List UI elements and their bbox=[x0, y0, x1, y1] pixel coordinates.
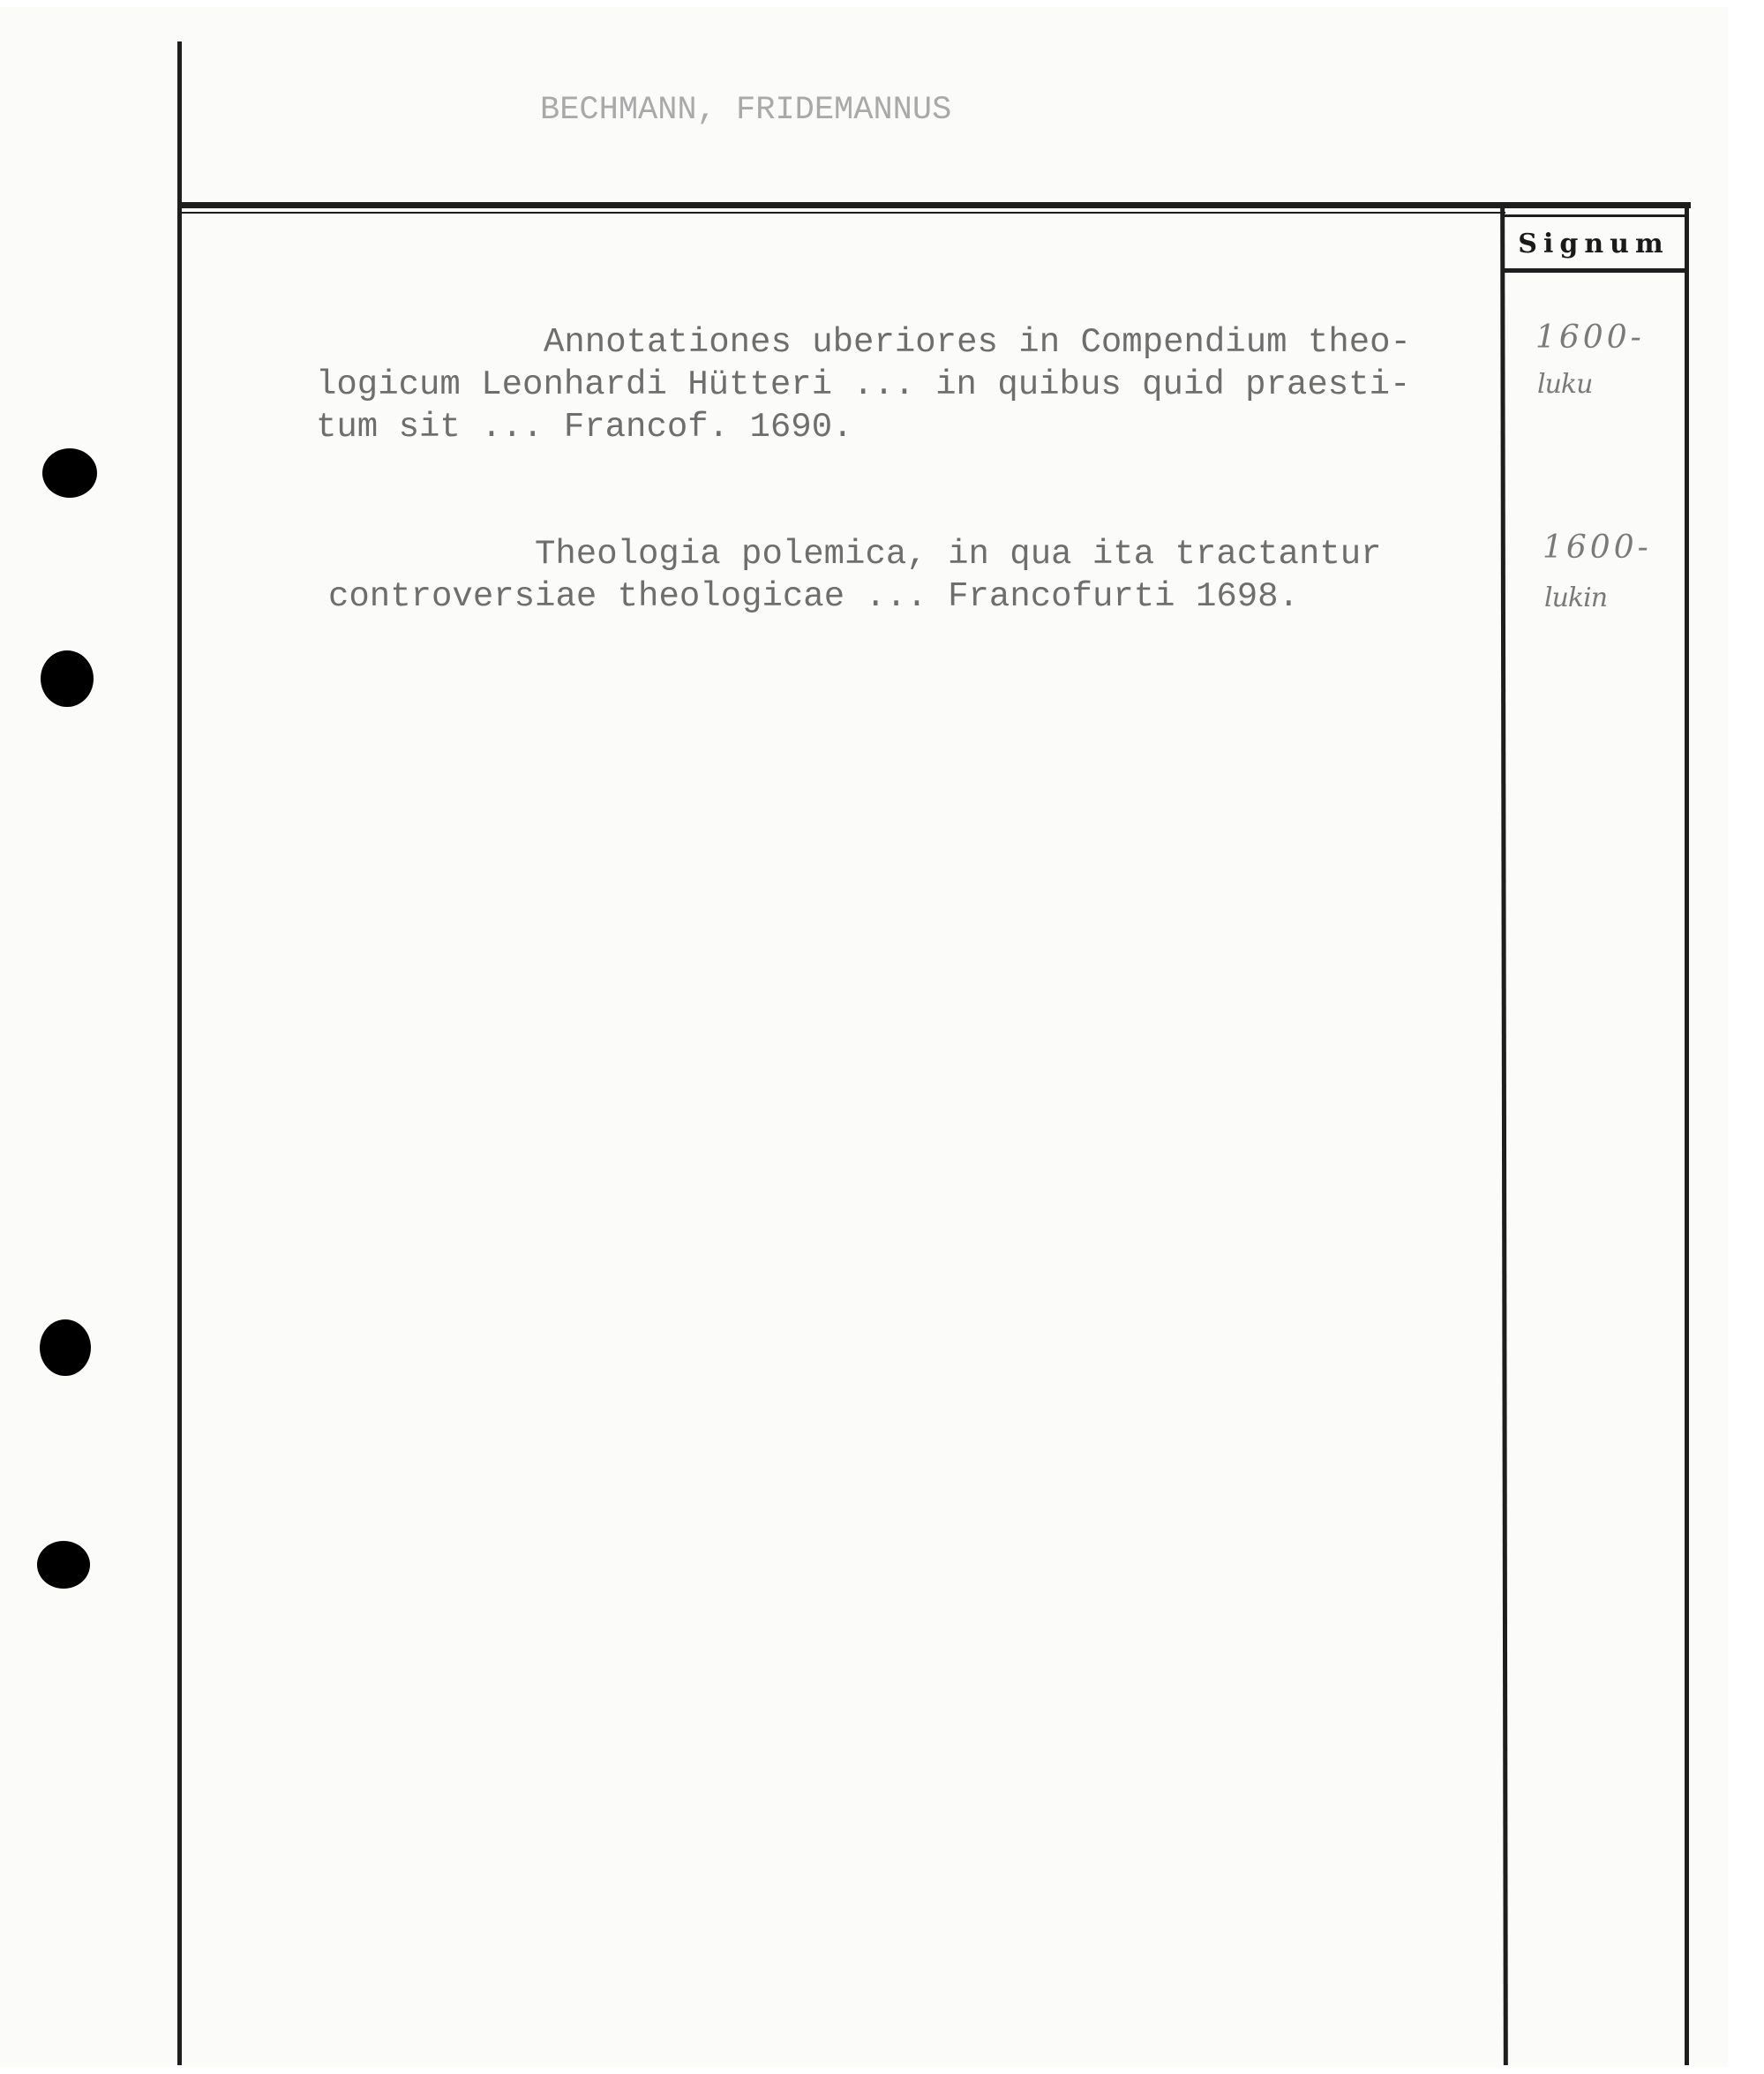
punch-hole bbox=[37, 1541, 90, 1589]
entry-title-line: logicum Leonhardi Hütteri ... in quibus … bbox=[316, 364, 1410, 406]
signum-header-box-top bbox=[1505, 214, 1685, 217]
entry-title-line: controversiae theologicae ... Francofurt… bbox=[328, 575, 1299, 618]
signum-column-right-rule bbox=[1685, 208, 1689, 2065]
header-rule-thin bbox=[182, 212, 1505, 214]
punch-hole bbox=[40, 1319, 91, 1376]
signum-handwritten-note: luku bbox=[1537, 369, 1592, 400]
signum-header-box-bottom bbox=[1505, 268, 1686, 273]
signum-shelfmark: 1600- bbox=[1535, 319, 1645, 356]
header-rule-thick bbox=[179, 202, 1691, 208]
signum-shelfmark: 1600- bbox=[1543, 530, 1652, 566]
card-heading-author: BECHMANN, FRIDEMANNUS bbox=[540, 92, 951, 129]
signum-handwritten-note: lukin bbox=[1544, 582, 1607, 613]
catalog-card bbox=[0, 7, 1728, 2067]
punch-hole bbox=[41, 650, 94, 707]
entry-title-line: Theologia polemica, in qua ita tractantu… bbox=[535, 533, 1382, 575]
signum-column-header: Signum bbox=[1505, 219, 1682, 268]
entry-title-line: Annotationes uberiores in Compendium the… bbox=[544, 321, 1411, 364]
entry-title-line: tum sit ... Francof. 1690. bbox=[316, 406, 853, 448]
left-margin-rule bbox=[177, 41, 182, 2065]
punch-hole bbox=[42, 448, 97, 498]
